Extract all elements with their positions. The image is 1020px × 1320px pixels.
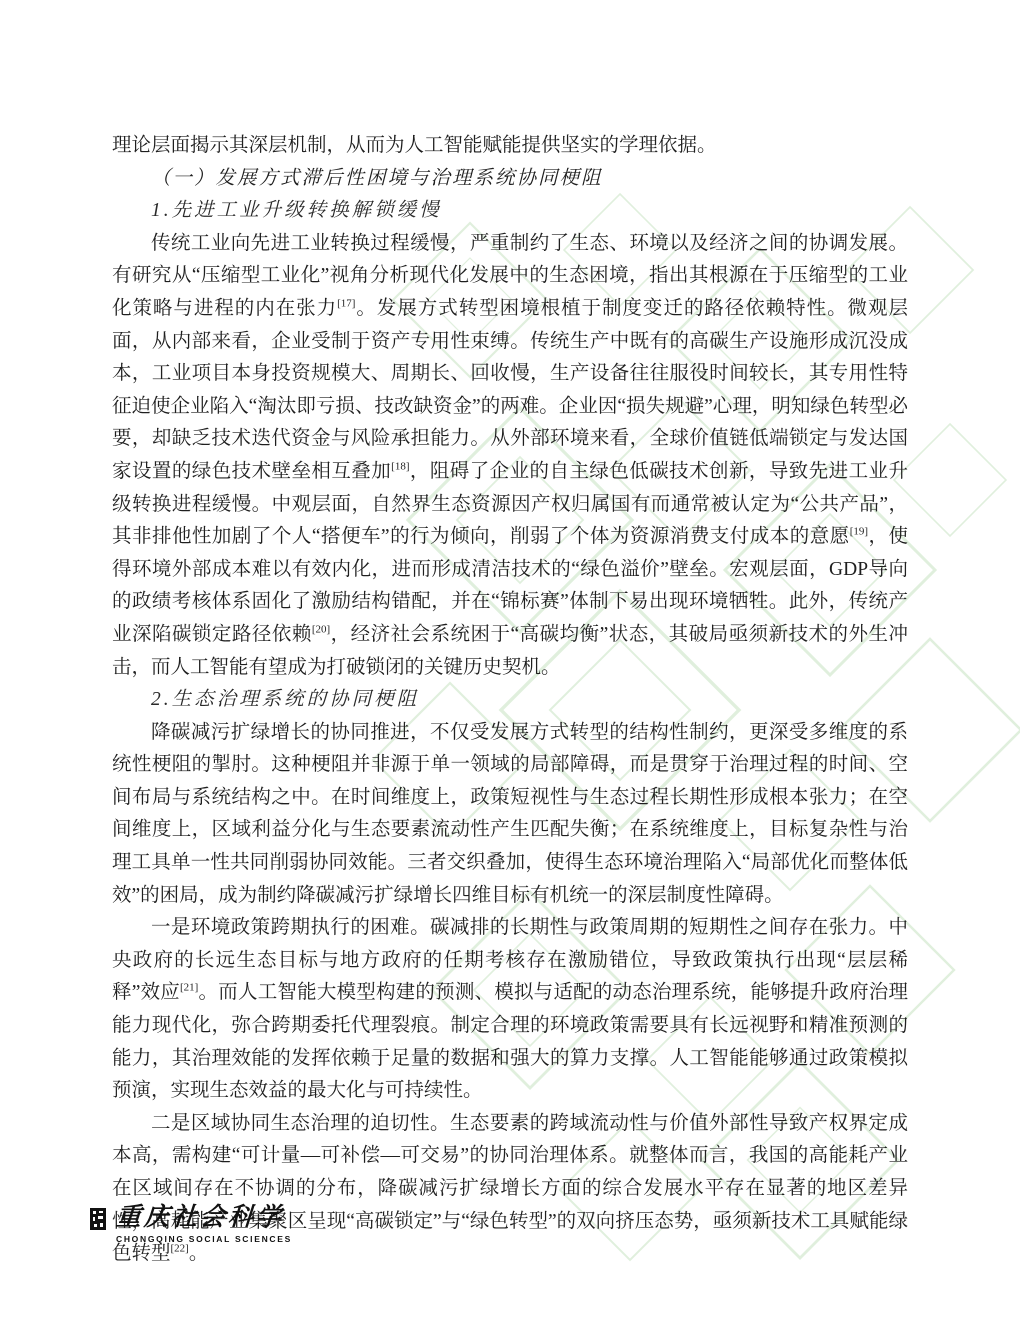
paragraph-governance-blockage: 降碳减污扩绿增长的协同推进，不仅受发展方式转型的结构性制约，更深受多维度的系统性… — [112, 717, 908, 913]
section-heading-1: （一）发展方式滞后性困境与治理系统协同梗阻 — [112, 163, 908, 196]
paragraph-continuation: 理论层面揭示其深层机制，从而为人工智能赋能提供坚实的学理依据。 — [112, 130, 908, 163]
paragraph-regional-coordination: 二是区域协同生态治理的迫切性。生态要素的跨域流动性与价值外部性导致产权界定成本高… — [112, 1108, 908, 1271]
journal-name-cn: 重庆社会科学 — [115, 1204, 293, 1232]
journal-seal-icon — [90, 1208, 106, 1230]
paragraph-industrial-upgrading: 传统工业向先进工业转换过程缓慢，严重制约了生态、环境以及经济之间的协调发展。有研… — [112, 228, 908, 684]
paragraph-policy-intertemporal: 一是环境政策跨期执行的困难。碳减排的长期性与政策周期的短期性之间存在张力。中央政… — [112, 912, 908, 1108]
article-body: 理论层面揭示其深层机制，从而为人工智能赋能提供坚实的学理依据。 （一）发展方式滞… — [112, 130, 908, 1271]
subsection-heading-2: 2.生态治理系统的协同梗阻 — [112, 684, 908, 717]
journal-footer: 重庆社会科学 CHONGQING SOCIAL SCIENCES — [90, 1204, 292, 1244]
subsection-heading-1: 1.先进工业升级转换解锁缓慢 — [112, 195, 908, 228]
journal-name-en: CHONGQING SOCIAL SCIENCES — [116, 1234, 292, 1244]
